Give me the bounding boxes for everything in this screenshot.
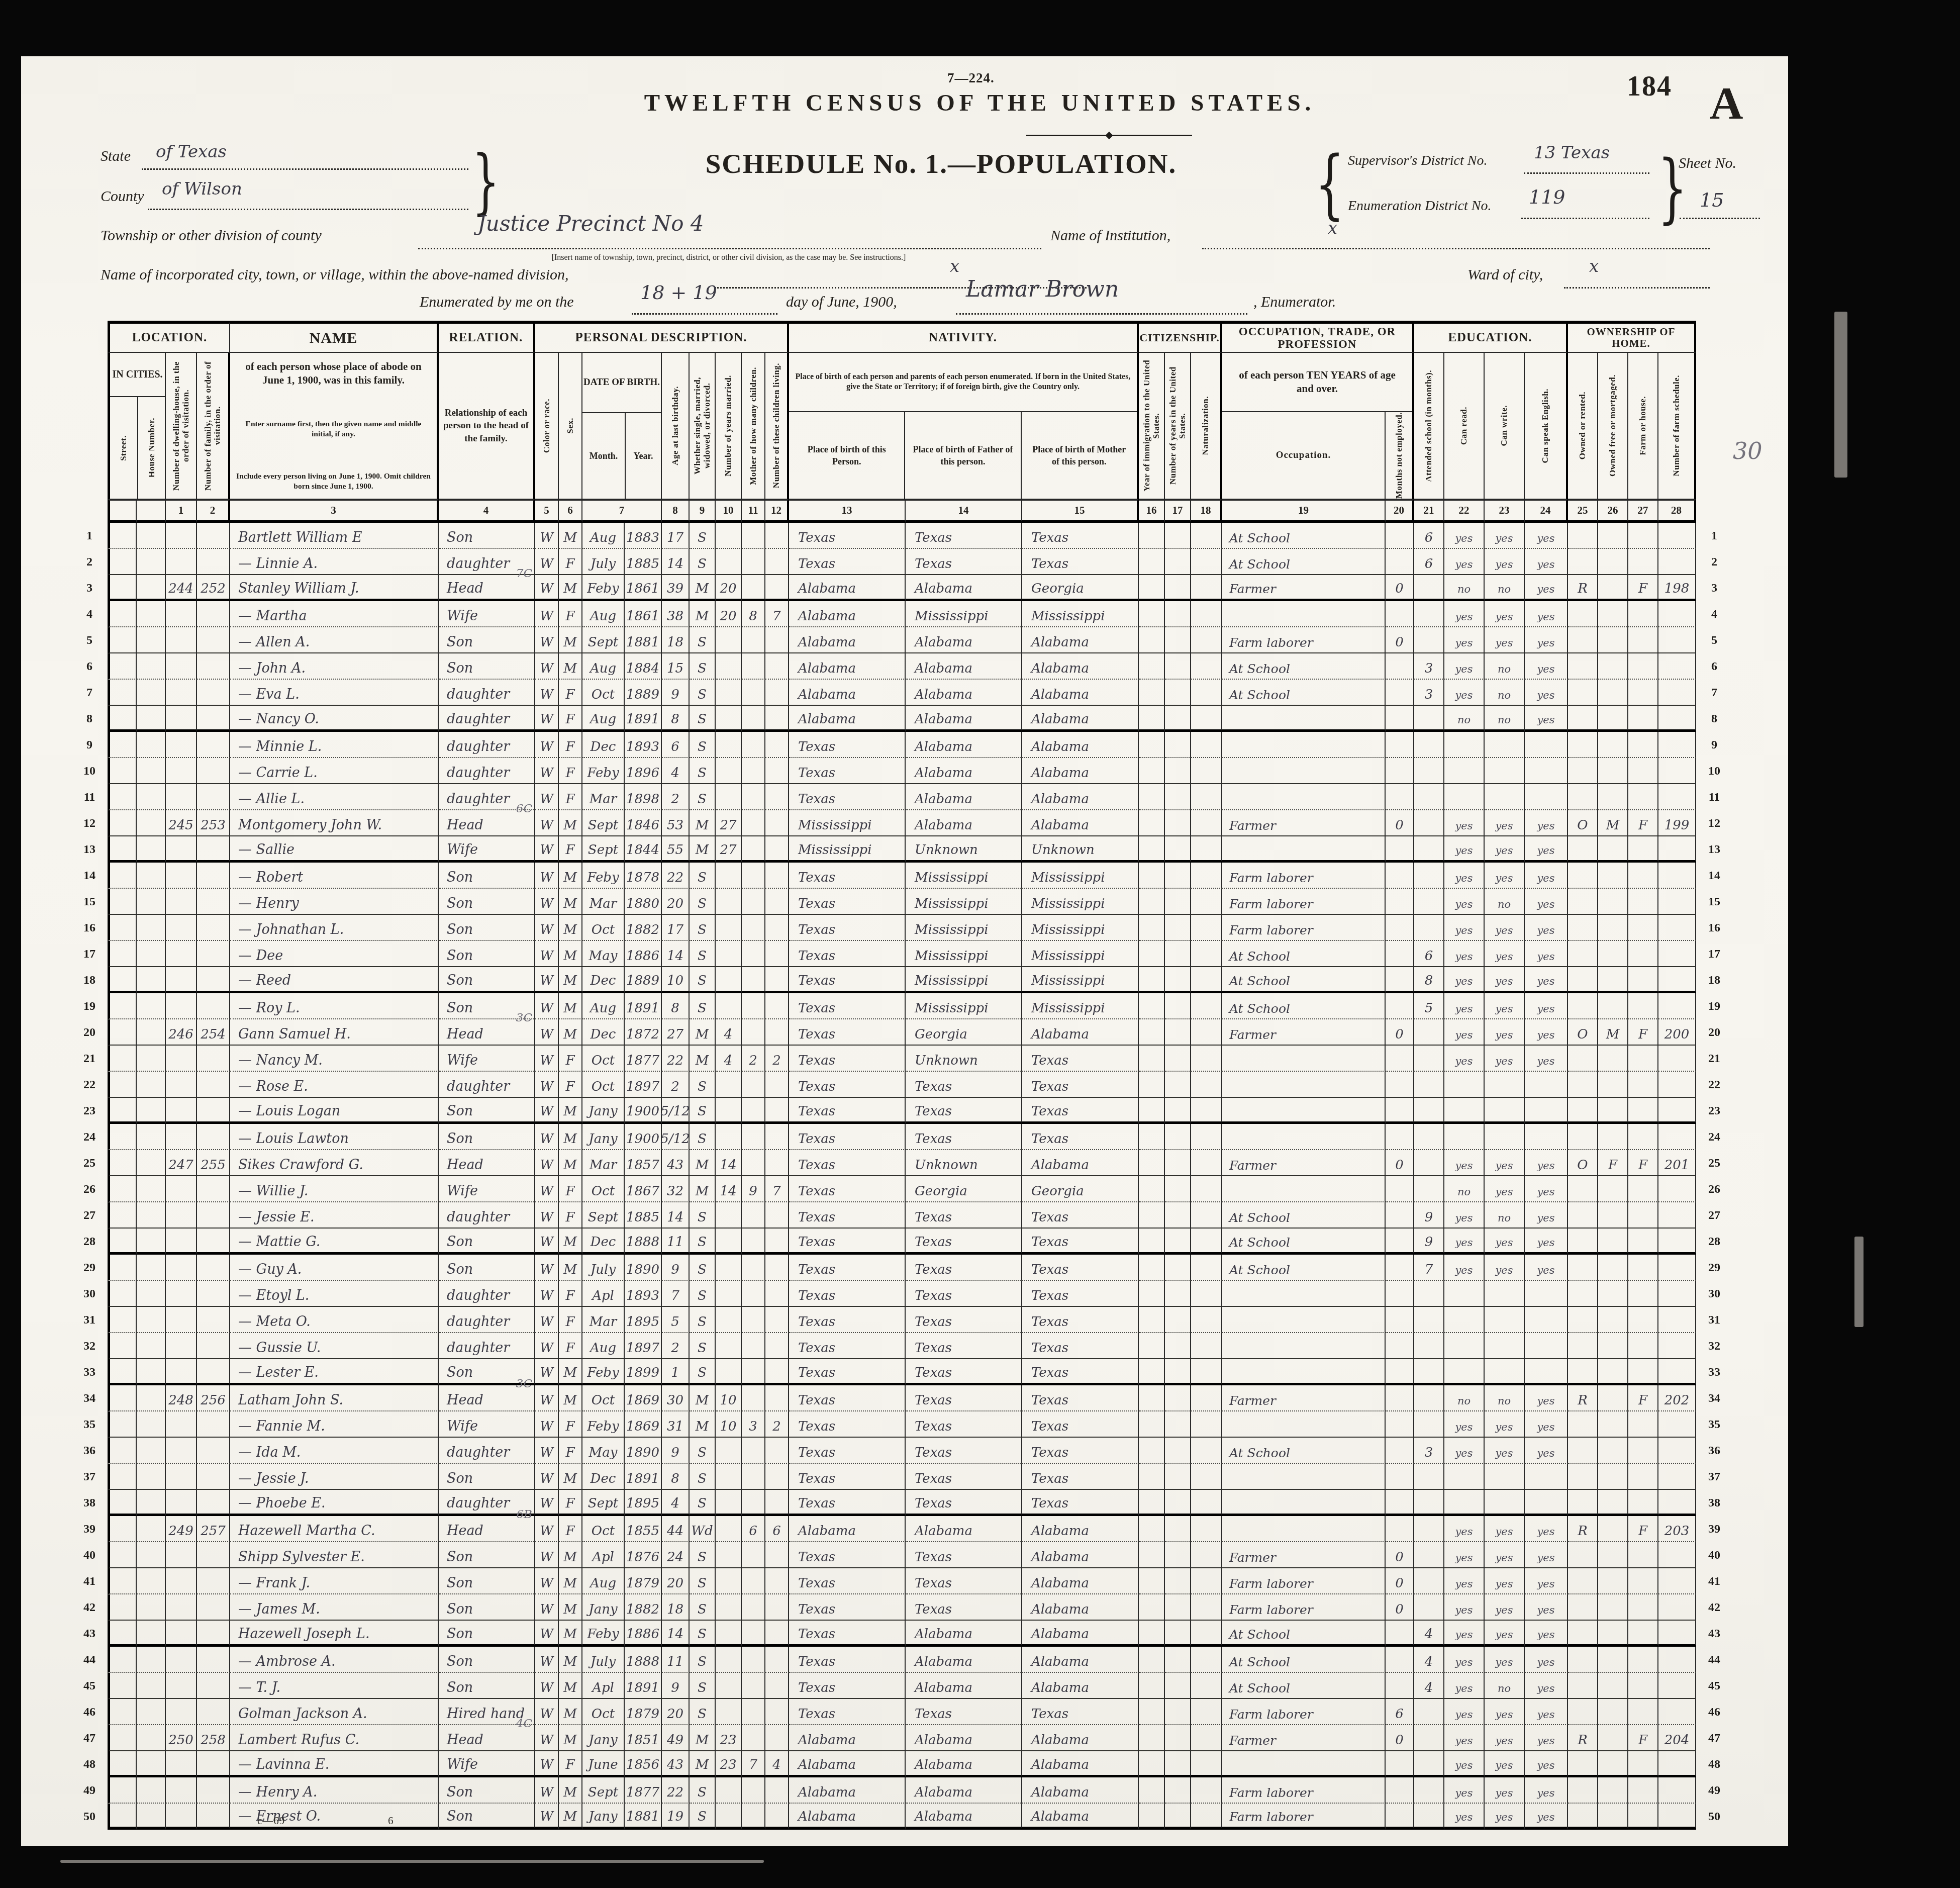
row29-s: M (559, 1255, 582, 1281)
row41-rd: yes (1444, 1568, 1485, 1594)
state-value: of Texas (156, 142, 227, 162)
row29-cell21 (1165, 1255, 1191, 1281)
row35-cell21 (1165, 1411, 1191, 1438)
row13-sch (1414, 836, 1444, 863)
colnum-10: 10 (716, 500, 742, 523)
row10-fs (1658, 758, 1696, 784)
row15-name: — Henry (230, 889, 439, 915)
row21-cell21 (1165, 1046, 1191, 1072)
row41-fs (1658, 1568, 1696, 1594)
row8-cell20 (1139, 706, 1165, 732)
row7-occ: At School (1222, 680, 1386, 706)
line-number-left-29: 29 (71, 1255, 108, 1281)
row21-name: — Nancy M. (230, 1046, 439, 1072)
row33-name: — Lester E. (230, 1359, 439, 1385)
row27-bm: Sept (582, 1202, 625, 1229)
row36-fh (1628, 1438, 1658, 1464)
row32-name: — Gussie U. (230, 1333, 439, 1359)
row36-pb: Texas (789, 1438, 906, 1464)
row6-cell3 (137, 653, 166, 680)
header-occupation: of each person TEN YEARS of age and over… (1222, 353, 1414, 500)
row15-mne (1386, 889, 1414, 915)
line-number-right-20: 20 (1696, 1019, 1732, 1046)
row7-rd: yes (1444, 680, 1485, 706)
row14-by: 1878 (625, 863, 662, 889)
row50-cell21 (1165, 1804, 1191, 1830)
row34-rel: 3CHead (439, 1385, 535, 1411)
row26-sch (1414, 1176, 1444, 1202)
row42-dw (166, 1594, 197, 1621)
row27-by: 1885 (625, 1202, 662, 1229)
row30-cell22 (1191, 1281, 1222, 1307)
row25-cell20 (1139, 1150, 1165, 1176)
scan-streak (60, 1860, 764, 1863)
row23-fs (1658, 1098, 1696, 1124)
row11-age: 2 (662, 784, 690, 810)
row21-fh (1628, 1046, 1658, 1072)
row10-en (1525, 758, 1568, 784)
row20-fm: M (1598, 1019, 1628, 1046)
family-label: Number of family, in the order of visita… (203, 358, 222, 494)
row32-fam (197, 1333, 230, 1359)
row26-pm: Georgia (1022, 1176, 1139, 1202)
row26-pb: Texas (789, 1176, 906, 1202)
row20-rel-text: Head (447, 1027, 483, 1041)
row19-c: W (535, 993, 559, 1019)
row15-age: 20 (662, 889, 690, 915)
row21-occ (1222, 1046, 1386, 1072)
colnum-6: 6 (559, 500, 582, 523)
row38-fh (1628, 1490, 1658, 1516)
row47-c: W (535, 1725, 559, 1751)
row3-bm: Feby (582, 575, 625, 601)
children-living-label: Number of these children living. (771, 363, 781, 488)
institution-label: Name of Institution, (1050, 227, 1170, 244)
row9-mc (742, 732, 765, 758)
row25-fm: F (1598, 1150, 1628, 1176)
row26-mc: 9 (742, 1176, 765, 1202)
row22-bm: Oct (582, 1072, 625, 1098)
row1-cell20 (1139, 523, 1165, 549)
row35-s: F (559, 1411, 582, 1438)
row12-en: yes (1525, 810, 1568, 836)
row34-cell20 (1139, 1385, 1165, 1411)
row42-cell20 (1139, 1594, 1165, 1621)
row14-fm (1598, 863, 1628, 889)
row3-pb: Alabama (789, 575, 906, 601)
row27-en: yes (1525, 1202, 1568, 1229)
row26-ms: M (690, 1176, 716, 1202)
row50-bm: Jany (582, 1804, 625, 1830)
row5-fs (1658, 627, 1696, 653)
row10-cell22 (1191, 758, 1222, 784)
row47-fm (1598, 1725, 1628, 1751)
row3-cell2 (108, 575, 137, 601)
row38-cell20 (1139, 1490, 1165, 1516)
row46-mne: 6 (1386, 1699, 1414, 1725)
row45-by: 1891 (625, 1673, 662, 1699)
row48-cell2 (108, 1751, 137, 1777)
enumerated-days: 18 + 19 (640, 281, 717, 304)
row8-cl (765, 706, 789, 732)
row8-rd: no (1444, 706, 1485, 732)
header-naturalization: Naturalization. (1191, 353, 1222, 500)
row40-own (1568, 1542, 1598, 1568)
row2-cell3 (137, 549, 166, 575)
row30-mc (742, 1281, 765, 1307)
row25-cell2 (108, 1150, 137, 1176)
row29-cell22 (1191, 1255, 1222, 1281)
row38-sch (1414, 1490, 1444, 1516)
row7-mc (742, 680, 765, 706)
row36-occ: At School (1222, 1438, 1386, 1464)
row30-pb: Texas (789, 1281, 906, 1307)
row5-cell22 (1191, 627, 1222, 653)
line-number-right-41: 41 (1696, 1568, 1732, 1594)
row20-cell20 (1139, 1019, 1165, 1046)
row48-pm: Alabama (1022, 1751, 1139, 1777)
group-nativity: NATIVITY. (789, 321, 1139, 353)
row28-wr: yes (1485, 1229, 1525, 1255)
row4-age: 38 (662, 601, 690, 627)
header-color: Color or race. (535, 353, 559, 500)
line-number-right-19: 19 (1696, 993, 1732, 1019)
line-number-left-12: 12 (71, 810, 108, 836)
row40-pf: Texas (906, 1542, 1022, 1568)
row49-own (1568, 1777, 1598, 1804)
row30-cell21 (1165, 1281, 1191, 1307)
row16-rd: yes (1444, 915, 1485, 941)
row2-own (1568, 549, 1598, 575)
row47-ms: M (690, 1725, 716, 1751)
row22-own (1568, 1072, 1598, 1098)
row47-pf: Alabama (906, 1725, 1022, 1751)
row23-ym (716, 1098, 742, 1124)
row35-fs (1658, 1411, 1696, 1438)
row38-fs (1658, 1490, 1696, 1516)
row26-cell2 (108, 1176, 137, 1202)
row40-s: M (559, 1542, 582, 1568)
row41-en: yes (1525, 1568, 1568, 1594)
row24-cell22 (1191, 1124, 1222, 1150)
row48-by: 1856 (625, 1751, 662, 1777)
row1-name: Bartlett William E (230, 523, 439, 549)
row18-fh (1628, 967, 1658, 993)
row13-wr: yes (1485, 836, 1525, 863)
row41-cell22 (1191, 1568, 1222, 1594)
row26-by: 1867 (625, 1176, 662, 1202)
row28-pm: Texas (1022, 1229, 1139, 1255)
row7-c: W (535, 680, 559, 706)
row38-s: F (559, 1490, 582, 1516)
pob-label: Place of birth of this Person. (789, 412, 905, 499)
row38-bm: Sept (582, 1490, 625, 1516)
line-number-right-1: 1 (1696, 523, 1732, 549)
row49-pm: Alabama (1022, 1777, 1139, 1804)
colnum-14: 14 (906, 500, 1022, 523)
row5-ms: S (690, 627, 716, 653)
row2-wr: yes (1485, 549, 1525, 575)
row1-dw (166, 523, 197, 549)
row44-ym (716, 1647, 742, 1673)
row9-fm (1598, 732, 1628, 758)
header-can-read: Can read. (1444, 353, 1485, 500)
line-number-right-16: 16 (1696, 915, 1732, 941)
row29-fm (1598, 1255, 1628, 1281)
row24-cell3 (137, 1124, 166, 1150)
row11-occ (1222, 784, 1386, 810)
row12-cl (765, 810, 789, 836)
row24-pm: Texas (1022, 1124, 1139, 1150)
row30-dw (166, 1281, 197, 1307)
enumerator-underline (956, 313, 1247, 315)
row38-occ (1222, 1490, 1386, 1516)
row47-fs: 204 (1658, 1725, 1696, 1751)
row24-by: 1900 (625, 1124, 662, 1150)
row46-mc (742, 1699, 765, 1725)
occupation-sub: of each person TEN YEARS of age and over… (1222, 353, 1412, 412)
row17-mc (742, 941, 765, 967)
color-label: Color or race. (542, 399, 551, 453)
line-number-right-2: 2 (1696, 549, 1732, 575)
row2-cell22 (1191, 549, 1222, 575)
row41-fam (197, 1568, 230, 1594)
row13-mc (742, 836, 765, 863)
years-married-label: Number of years married. (723, 375, 733, 476)
row1-own (1568, 523, 1598, 549)
row13-fh (1628, 836, 1658, 863)
colnum-5: 5 (535, 500, 559, 523)
row45-mne (1386, 1673, 1414, 1699)
row31-fam (197, 1307, 230, 1333)
row42-fs (1658, 1594, 1696, 1621)
row12-by: 1846 (625, 810, 662, 836)
row28-name: — Mattie G. (230, 1229, 439, 1255)
row27-pb: Texas (789, 1202, 906, 1229)
row10-own (1568, 758, 1598, 784)
farm-house-label: Farm or house. (1638, 396, 1647, 455)
name-note2: Include every person living on June 1, 1… (235, 471, 432, 492)
row47-pencil-annotation: 4C (516, 1718, 532, 1730)
row10-pf: Alabama (906, 758, 1022, 784)
row35-cell2 (108, 1411, 137, 1438)
row41-fm (1598, 1568, 1628, 1594)
row34-bm: Oct (582, 1385, 625, 1411)
row44-cell3 (137, 1647, 166, 1673)
row12-cell21 (1165, 810, 1191, 836)
row45-own (1568, 1673, 1598, 1699)
row41-bm: Aug (582, 1568, 625, 1594)
row44-ms: S (690, 1647, 716, 1673)
header-mother-of: Mother of how many children. (742, 353, 765, 500)
row46-fs (1658, 1699, 1696, 1725)
row10-cl (765, 758, 789, 784)
scan-streak (1854, 1237, 1864, 1327)
row45-mc (742, 1673, 765, 1699)
row6-rd: yes (1444, 653, 1485, 680)
enumerated-mid: day of June, 1900, (786, 294, 897, 311)
row37-ms: S (690, 1464, 716, 1490)
row3-fs: 198 (1658, 575, 1696, 601)
row19-rd: yes (1444, 993, 1485, 1019)
row9-occ (1222, 732, 1386, 758)
row21-by: 1877 (625, 1046, 662, 1072)
row48-cl: 4 (765, 1751, 789, 1777)
row6-cell21 (1165, 653, 1191, 680)
row36-s: F (559, 1438, 582, 1464)
row36-cl (765, 1438, 789, 1464)
line-number-right-17: 17 (1696, 941, 1732, 967)
line-number-left-18: 18 (71, 967, 108, 993)
state-label: State (101, 148, 131, 165)
row43-fh (1628, 1621, 1658, 1647)
row12-sch (1414, 810, 1444, 836)
row46-pb: Texas (789, 1699, 906, 1725)
row40-wr: yes (1485, 1542, 1525, 1568)
row46-sch (1414, 1699, 1444, 1725)
row45-ms: S (690, 1673, 716, 1699)
row42-age: 18 (662, 1594, 690, 1621)
row16-fs (1658, 915, 1696, 941)
row32-en (1525, 1333, 1568, 1359)
row14-ms: S (690, 863, 716, 889)
row40-pm: Alabama (1022, 1542, 1139, 1568)
row7-s: F (559, 680, 582, 706)
row11-cl (765, 784, 789, 810)
row25-wr: yes (1485, 1150, 1525, 1176)
row37-fh (1628, 1464, 1658, 1490)
line-number-left-20: 20 (71, 1019, 108, 1046)
township-label: Township or other division of county (101, 227, 322, 244)
row19-ms: S (690, 993, 716, 1019)
row22-wr (1485, 1072, 1525, 1098)
row21-s: F (559, 1046, 582, 1072)
row33-fs (1658, 1359, 1696, 1385)
row42-cl (765, 1594, 789, 1621)
row48-sch (1414, 1751, 1444, 1777)
row30-age: 7 (662, 1281, 690, 1307)
row30-s: F (559, 1281, 582, 1307)
row37-name: — Jessie J. (230, 1464, 439, 1490)
row10-s: F (559, 758, 582, 784)
row2-by: 1885 (625, 549, 662, 575)
row2-pf: Texas (906, 549, 1022, 575)
row19-pb: Texas (789, 993, 906, 1019)
row6-occ: At School (1222, 653, 1386, 680)
row31-fs (1658, 1307, 1696, 1333)
row3-mc (742, 575, 765, 601)
row44-cell2 (108, 1647, 137, 1673)
line-number-right-44: 44 (1696, 1647, 1732, 1673)
row25-rd: yes (1444, 1150, 1485, 1176)
row44-rel: Son (439, 1647, 535, 1673)
supervisor-label: Supervisor's District No. (1348, 153, 1487, 169)
row6-age: 15 (662, 653, 690, 680)
row43-c: W (535, 1621, 559, 1647)
row22-cell21 (1165, 1072, 1191, 1098)
row49-by: 1877 (625, 1777, 662, 1804)
row31-bm: Mar (582, 1307, 625, 1333)
row39-c: W (535, 1516, 559, 1542)
row38-name: — Phoebe E. (230, 1490, 439, 1516)
row41-name: — Frank J. (230, 1568, 439, 1594)
row22-cl (765, 1072, 789, 1098)
row23-cl (765, 1098, 789, 1124)
mother-of-label: Mother of how many children. (748, 367, 758, 485)
row40-cell2 (108, 1542, 137, 1568)
row34-cell3 (137, 1385, 166, 1411)
row49-sch (1414, 1777, 1444, 1804)
row47-sch (1414, 1725, 1444, 1751)
row46-en: yes (1525, 1699, 1568, 1725)
row43-age: 14 (662, 1621, 690, 1647)
row10-bm: Feby (582, 758, 625, 784)
line-number-left-15: 15 (71, 889, 108, 915)
years-us-label: Number of years in the United States. (1168, 358, 1187, 494)
row43-mne (1386, 1621, 1414, 1647)
row2-cell21 (1165, 549, 1191, 575)
ward-label: Ward of city, (1467, 266, 1543, 284)
row23-sch (1414, 1098, 1444, 1124)
row32-fh (1628, 1333, 1658, 1359)
row30-c: W (535, 1281, 559, 1307)
row39-sch (1414, 1516, 1444, 1542)
row33-fm (1598, 1359, 1628, 1385)
colnum-1: 1 (166, 500, 197, 523)
row21-bm: Oct (582, 1046, 625, 1072)
row26-pf: Georgia (906, 1176, 1022, 1202)
line-number-left-42: 42 (71, 1594, 108, 1621)
row40-ms: S (690, 1542, 716, 1568)
enumerated-pre: Enumerated by me on the (420, 294, 574, 311)
row21-own (1568, 1046, 1598, 1072)
name-note1: Enter surname first, then the given name… (235, 419, 432, 439)
line-number-left-5: 5 (71, 627, 108, 653)
header-immigration: Year of immigration to the United States… (1139, 353, 1165, 500)
row50-age: 19 (662, 1804, 690, 1830)
row42-cell22 (1191, 1594, 1222, 1621)
row19-fm (1598, 993, 1628, 1019)
row35-name: — Fannie M. (230, 1411, 439, 1438)
line-number-right-26: 26 (1696, 1176, 1732, 1202)
row43-occ: At School (1222, 1621, 1386, 1647)
row15-ym (716, 889, 742, 915)
row24-en (1525, 1124, 1568, 1150)
row36-wr: yes (1485, 1438, 1525, 1464)
row2-ym (716, 549, 742, 575)
row19-bm: Aug (582, 993, 625, 1019)
row34-name: Latham John S. (230, 1385, 439, 1411)
row9-pm: Alabama (1022, 732, 1139, 758)
row5-cell2 (108, 627, 137, 653)
row17-fs (1658, 941, 1696, 967)
row24-dw (166, 1124, 197, 1150)
row21-pf: Unknown (906, 1046, 1022, 1072)
row41-own (1568, 1568, 1598, 1594)
row5-age: 18 (662, 627, 690, 653)
row5-fh (1628, 627, 1658, 653)
row50-mne (1386, 1804, 1414, 1830)
row43-cell21 (1165, 1621, 1191, 1647)
row40-c: W (535, 1542, 559, 1568)
row41-dw (166, 1568, 197, 1594)
line-number-right-14: 14 (1696, 863, 1732, 889)
row2-fam (197, 549, 230, 575)
row27-rel: daughter (439, 1202, 535, 1229)
row8-by: 1891 (625, 706, 662, 732)
row49-dw (166, 1777, 197, 1804)
row13-age: 55 (662, 836, 690, 863)
